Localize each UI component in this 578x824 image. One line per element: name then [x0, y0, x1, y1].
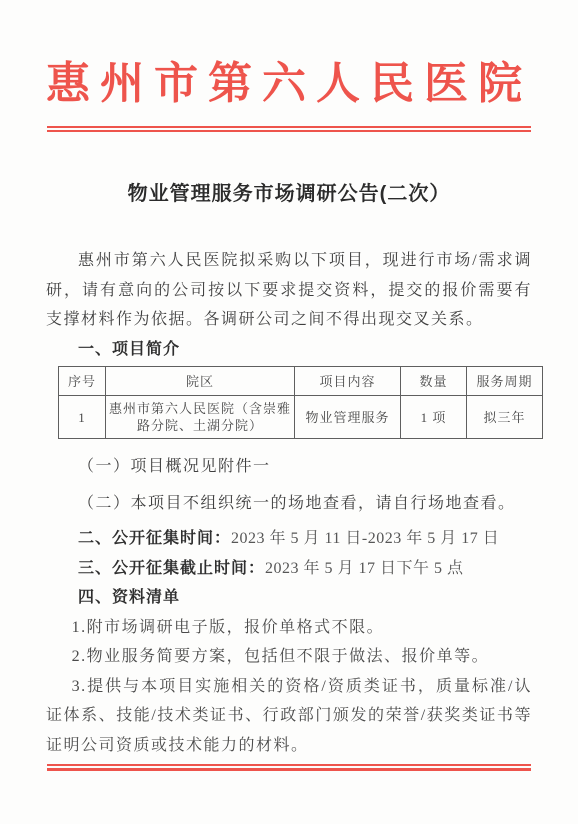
materials-list-item-3: 3.提供与本项目实施相关的资格/资质类证书，质量标准/认证体系、技能/技术类证书… — [46, 672, 532, 761]
column-header-item: 项目内容 — [295, 367, 401, 396]
document-body: 惠州市第六人民医院拟采购以下项目，现进行市场/需求调研，请有意向的公司按以下要求… — [46, 246, 532, 760]
cell-no: 1 — [59, 396, 106, 439]
column-header-term: 服务周期 — [467, 367, 543, 396]
letterhead-rule-bottom — [47, 130, 531, 132]
section-1-note-1: （一）项目概况见附件一 — [46, 452, 532, 482]
section-2-line: 二、公开征集时间：2023 年 5 月 11 日-2023 年 5 月 17 日 — [46, 524, 532, 554]
column-header-qty: 数量 — [401, 367, 467, 396]
cell-site: 惠州市第六人民医院（含崇雅路分院、土湖分院） — [106, 396, 295, 439]
section-1-note-2: （二）本项目不组织统一的场地查看，请自行场地查看。 — [46, 489, 532, 519]
section-2-dates: 2023 年 5 月 11 日-2023 年 5 月 17 日 — [231, 530, 499, 547]
column-header-site: 院区 — [106, 367, 295, 396]
table-header-row: 序号 院区 项目内容 数量 服务周期 — [59, 367, 543, 396]
project-summary-table: 序号 院区 项目内容 数量 服务周期 1 惠州市第六人民医院（含崇雅路分院、土湖… — [58, 366, 543, 439]
scanned-notice-page: 惠州市第六人民医院 物业管理服务市场调研公告(二次） 惠州市第六人民医院拟采购以… — [0, 0, 578, 824]
materials-list-item-2: 2.物业服务简要方案，包括但不限于做法、报价单等。 — [46, 642, 532, 672]
footer-rule-bottom — [47, 768, 531, 771]
cell-qty: 1 项 — [401, 396, 467, 439]
table-row: 1 惠州市第六人民医院（含崇雅路分院、土湖分院） 物业管理服务 1 项 拟三年 — [59, 396, 543, 439]
letterhead-hospital-name: 惠州市第六人民医院 — [0, 56, 578, 112]
cell-term: 拟三年 — [467, 396, 543, 439]
section-4-heading: 四、资料清单 — [46, 583, 532, 613]
section-2-heading: 二、公开征集时间： — [78, 530, 231, 547]
document-title: 物业管理服务市场调研公告(二次） — [0, 180, 578, 208]
section-1-heading: 一、项目简介 — [46, 335, 532, 365]
section-3-heading: 三、公开征集截止时间： — [78, 560, 265, 577]
materials-list-item-1: 1.附市场调研电子版，报价单格式不限。 — [46, 613, 532, 643]
footer-double-rule — [47, 764, 531, 771]
column-header-no: 序号 — [59, 367, 106, 396]
cell-item: 物业管理服务 — [295, 396, 401, 439]
section-3-deadline: 2023 年 5 月 17 日下午 5 点 — [265, 560, 464, 577]
section-3-line: 三、公开征集截止时间：2023 年 5 月 17 日下午 5 点 — [46, 554, 532, 584]
intro-paragraph: 惠州市第六人民医院拟采购以下项目，现进行市场/需求调研，请有意向的公司按以下要求… — [46, 246, 532, 335]
letterhead-double-rule — [47, 126, 531, 132]
